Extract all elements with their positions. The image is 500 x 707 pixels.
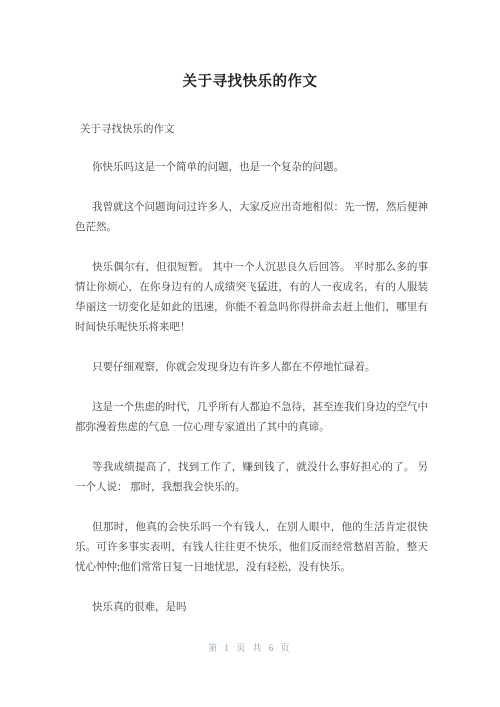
paragraph-2: 我曾就这个问题询问过许多人，大家反应出奇地相似：先一愣，然后便神色茫然。: [75, 198, 428, 238]
document-body: 关于寻找快乐的作文 你快乐吗这是一个简单的问题，也是一个复杂的问题。 我曾就这个…: [75, 120, 428, 618]
paragraph-5: 这是一个焦虑的时代，几乎所有人都迫不急待，甚至连我们身边的空气中都弥漫着焦虑的气…: [75, 398, 428, 438]
document-page: 关于寻找快乐的作文 关于寻找快乐的作文 你快乐吗这是一个简单的问题，也是一个复杂…: [0, 0, 500, 707]
document-subtitle: 关于寻找快乐的作文: [75, 120, 428, 140]
paragraph-7: 但那时，他真的会快乐吗一个有钱人，在别人眼中，他的生活肯定很快乐。可许多事实表明…: [75, 518, 428, 578]
paragraph-1: 你快乐吗这是一个简单的问题，也是一个复杂的问题。: [75, 158, 428, 178]
paragraph-3: 快乐偶尔有，但很短暂。 其中一个人沉思良久后回答。 平时那么多的事情让你烦心，在…: [75, 258, 428, 338]
paragraph-8: 快乐真的很难，是吗: [75, 598, 428, 618]
page-number-footer: 第 1 页 共 6 页: [0, 641, 500, 655]
paragraph-6: 等我成绩提高了，找到工作了，赚到钱了，就没什么事好担心的了。 另一个人说： 那时…: [75, 458, 428, 498]
paragraph-4: 只要仔细观察，你就会发现身边有许多人都在不停地忙碌着。: [75, 358, 428, 378]
document-title: 关于寻找快乐的作文: [0, 0, 500, 92]
